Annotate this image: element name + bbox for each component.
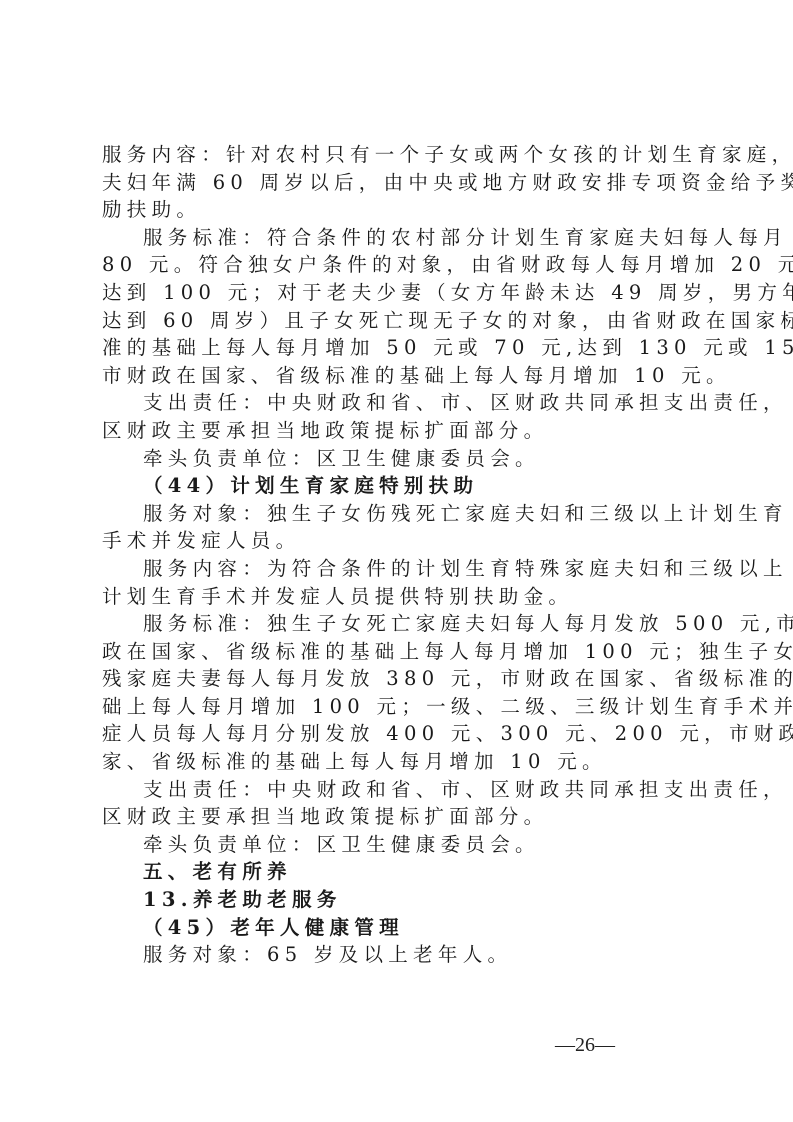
- text-line: 服务内容：为符合条件的计划生育特殊家庭夫妇和三级以上: [102, 555, 692, 583]
- text-line: 准的基础上每人每月增加 50 元或 70 元,达到 130 元或 150 元。: [102, 334, 692, 362]
- text-line: 残家庭夫妻每人每月发放 380 元，市财政在国家、省级标准的基: [102, 665, 692, 693]
- text-line: 政在国家、省级标准的基础上每人每月增加 100 元；独生子女伤: [102, 638, 692, 666]
- text-line: 牵头负责单位：区卫生健康委员会。: [102, 445, 692, 473]
- text-line: 励扶助。: [102, 196, 692, 224]
- chapter-heading-5: 五、老有所养: [102, 858, 692, 886]
- text-line: 夫妇年满 60 周岁以后，由中央或地方财政安排专项资金给予奖: [102, 169, 692, 197]
- text-line: 手术并发症人员。: [102, 527, 692, 555]
- text-line: 达到 100 元；对于老夫少妻（女方年龄未达 49 周岁，男方年龄: [102, 279, 692, 307]
- text-line: 80 元。符合独女户条件的对象，由省财政每人每月增加 20 元，: [102, 251, 692, 279]
- text-line: 症人员每人每月分别发放 400 元、300 元、200 元，市财政在国: [102, 720, 692, 748]
- text-line: 达到 60 周岁）且子女死亡现无子女的对象，由省财政在国家标: [102, 307, 692, 335]
- text-line: 础上每人每月增加 100 元；一级、二级、三级计划生育手术并发: [102, 693, 692, 721]
- text-line: 计划生育手术并发症人员提供特别扶助金。: [102, 583, 692, 611]
- text-line: 区财政主要承担当地政策提标扩面部分。: [102, 417, 692, 445]
- section-heading-44: （44）计划生育家庭特别扶助: [102, 472, 692, 500]
- document-body: 服务内容：针对农村只有一个子女或两个女孩的计划生育家庭， 夫妇年满 60 周岁以…: [102, 141, 692, 969]
- text-line: 服务对象：65 岁及以上老年人。: [102, 941, 692, 969]
- text-line: 区财政主要承担当地政策提标扩面部分。: [102, 803, 692, 831]
- text-line: 服务标准：独生子女死亡家庭夫妇每人每月发放 500 元,市财: [102, 610, 692, 638]
- subsection-heading-13: 13.养老助老服务: [102, 886, 692, 914]
- text-line: 支出责任：中央财政和省、市、区财政共同承担支出责任，: [102, 389, 692, 417]
- text-line: 家、省级标准的基础上每人每月增加 10 元。: [102, 748, 692, 776]
- text-line: 服务标准：符合条件的农村部分计划生育家庭夫妇每人每月: [102, 224, 692, 252]
- text-line: 服务对象：独生子女伤残死亡家庭夫妇和三级以上计划生育: [102, 500, 692, 528]
- text-line: 服务内容：针对农村只有一个子女或两个女孩的计划生育家庭，: [102, 141, 692, 169]
- section-heading-45: （45）老年人健康管理: [102, 914, 692, 942]
- page-number: —26—: [555, 1034, 615, 1057]
- text-line: 牵头负责单位：区卫生健康委员会。: [102, 831, 692, 859]
- text-line: 市财政在国家、省级标准的基础上每人每月增加 10 元。: [102, 362, 692, 390]
- text-line: 支出责任：中央财政和省、市、区财政共同承担支出责任，: [102, 776, 692, 804]
